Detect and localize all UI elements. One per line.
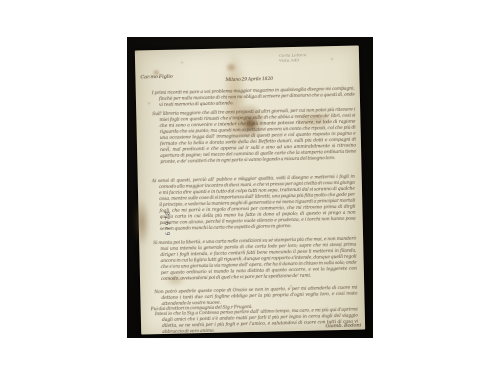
photograph-mat: Carta Lettere Vista 3/43 67978 Car.mo Fi… [127, 37, 373, 338]
stain-top-center [225, 62, 237, 72]
letter-paragraph-7: Intesi io che la Sig.a Contessa pensa pa… [155, 307, 358, 335]
letter-paragraph-4: Si monta poi la libertà, e una carta nel… [153, 236, 357, 290]
letter-paragraph-3: Ai sensi di questi, perciò all' publico … [152, 174, 356, 240]
stain-left-edge [133, 198, 150, 246]
letter-paragraph-2: Sull' libreria maggiore che alli tre ann… [152, 107, 356, 173]
photo-backdrop: { "colors": { "backdrop": "#ffffff", "ma… [0, 0, 500, 380]
salutation-text: Car.mo Figlio [140, 73, 200, 80]
pencil-annotation: Carta Lettere Vista 3/43 [279, 52, 354, 64]
dateline-text: Milano 29 Aprile 1820 [225, 75, 315, 82]
letter-paragraph-1: I primi ricordi mi pare a voi problema m… [152, 86, 355, 110]
foxing-specks [135, 51, 137, 53]
letter-page: Carta Lettere Vista 3/43 67978 Car.mo Fi… [135, 45, 365, 334]
pencil-line-2: Vista 3/43 [279, 57, 354, 64]
